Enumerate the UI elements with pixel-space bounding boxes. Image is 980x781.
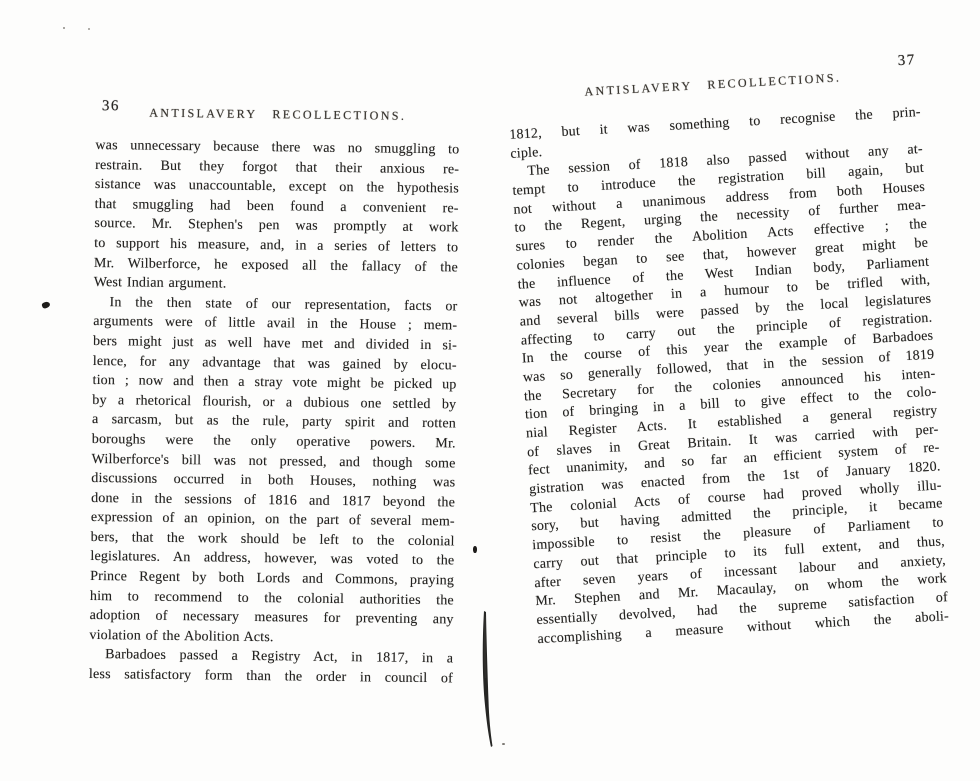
book-scan: 36 ANTISLAVERY RECOLLECTIONS. was unnece… (0, 0, 980, 781)
page-37-header: ANTISLAVERY RECOLLECTIONS. 37 (506, 52, 919, 99)
running-head-left: ANTISLAVERY RECOLLECTIONS. (96, 98, 460, 124)
page-36-header: 36 ANTISLAVERY RECOLLECTIONS. (96, 98, 460, 126)
ink-speck (88, 28, 90, 30)
ink-speck (41, 301, 51, 309)
page-37-text: 1812, but it was something to recognise … (509, 104, 950, 649)
ink-speck (502, 743, 505, 745)
ink-speck (473, 546, 477, 553)
page-36-text: was unnecessary because there was no smu… (89, 136, 460, 689)
page-36: 36 ANTISLAVERY RECOLLECTIONS. was unnece… (89, 98, 460, 689)
text-line: less satisfactory form than the order in… (89, 665, 453, 689)
ink-speck (63, 27, 65, 29)
running-head-right: ANTISLAVERY RECOLLECTIONS. (506, 52, 919, 104)
page-37: ANTISLAVERY RECOLLECTIONS. 37 1812, but … (506, 52, 949, 649)
page-number-36: 36 (102, 98, 120, 115)
page-number-37: 37 (897, 52, 916, 70)
